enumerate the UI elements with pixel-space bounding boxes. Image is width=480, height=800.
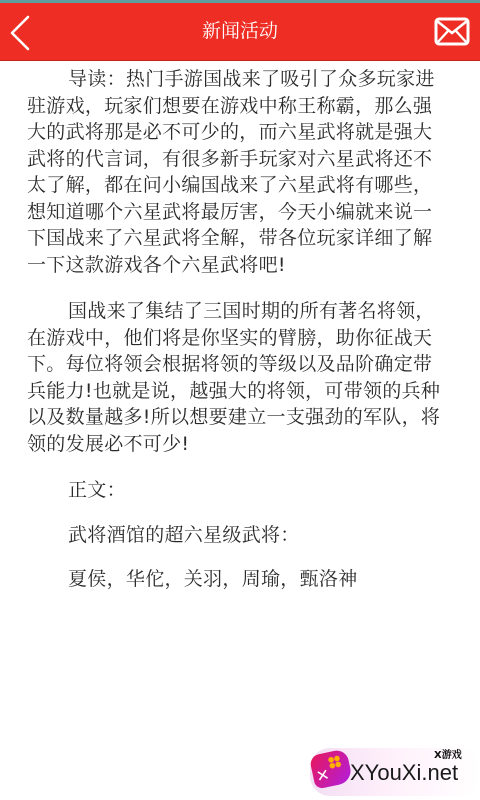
envelope-icon: [434, 16, 470, 48]
generals-list: 夏侯，华佗，关羽，周瑜，甄洛神: [27, 566, 447, 593]
body-paragraph: 国战来了集结了三国时期的所有著名将领，在游戏中，他们将是你坚实的臂膀，助你征战天…: [27, 298, 447, 457]
section-label: 正文：: [27, 477, 447, 504]
app-header: 新闻活动: [0, 3, 480, 61]
watermark-subtext: X游戏: [434, 746, 462, 761]
watermark-text: XYouXi.net: [350, 760, 458, 786]
article-body: 导读：热门手游国战来了吸引了众多玩家进驻游戏，玩家们想要在游戏中称王称霸，那么强…: [27, 66, 447, 611]
page-title: 新闻活动: [0, 3, 480, 60]
site-watermark: ✕ X游戏 XYouXi.net: [300, 740, 480, 800]
subheading: 武将酒馆的超六星级武将：: [27, 522, 447, 549]
intro-paragraph: 导读：热门手游国战来了吸引了众多玩家进驻游戏，玩家们想要在游戏中称王称霸，那么强…: [27, 66, 447, 278]
message-button[interactable]: [434, 16, 470, 48]
